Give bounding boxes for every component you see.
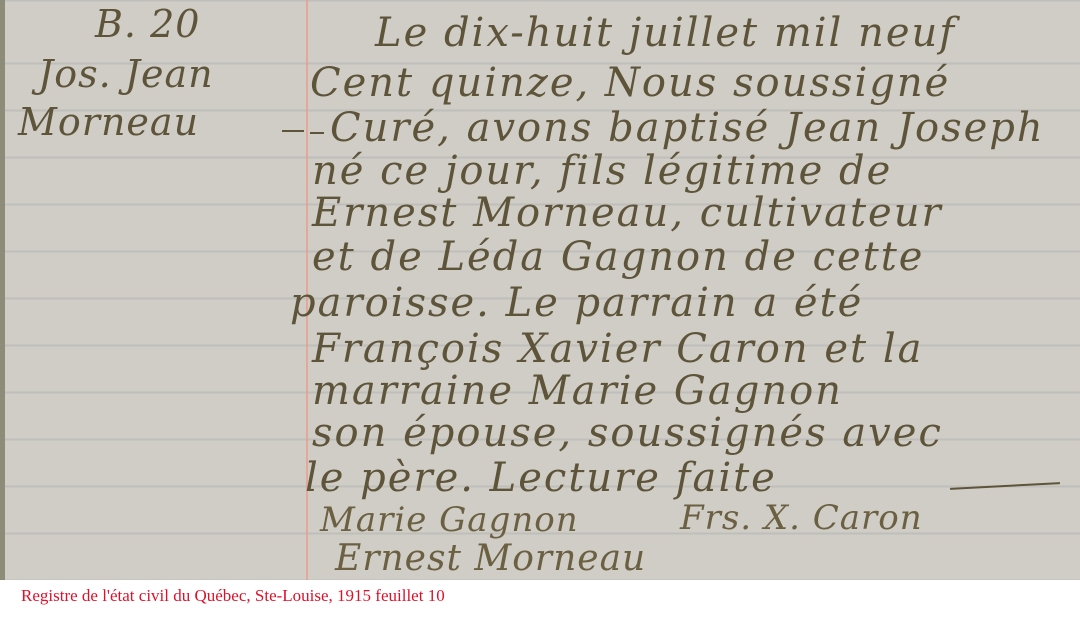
page-binding-edge	[0, 0, 5, 580]
margin-given-names: Jos. Jean	[38, 52, 214, 96]
body-line-8: François Xavier Caron et la	[312, 326, 923, 372]
signature-godfather: Frs. X. Caron	[680, 498, 923, 538]
margin-connector-dash	[282, 130, 304, 132]
body-line-3: Curé, avons baptisé Jean Joseph	[330, 105, 1045, 151]
signature-father: Ernest Morneau	[335, 538, 646, 579]
body-line-1: Le dix-huit juillet mil neuf	[375, 10, 956, 56]
body-connector-dash	[310, 132, 324, 134]
image-caption: Registre de l'état civil du Québec, Ste-…	[21, 586, 445, 606]
body-line-4: né ce jour, fils légitime de	[312, 148, 892, 194]
body-line-9: marraine Marie Gagnon	[312, 368, 843, 414]
body-line-7: paroisse. Le parrain a été	[290, 280, 863, 326]
register-page-scan: B. 20 Jos. Jean Morneau Le dix-huit juil…	[0, 0, 1080, 580]
body-line-5: Ernest Morneau, cultivateur	[312, 190, 943, 236]
body-line-2: Cent quinze, Nous soussigné	[310, 60, 950, 106]
body-line-10: son épouse, soussignés avec	[312, 410, 943, 456]
closing-flourish	[950, 482, 1060, 490]
body-line-11: le père. Lecture faite	[305, 455, 777, 501]
signature-godmother: Marie Gagnon	[320, 500, 579, 540]
body-line-6: et de Léda Gagnon de cette	[312, 234, 924, 280]
margin-surname: Morneau	[18, 100, 199, 144]
margin-entry-number: B. 20	[95, 2, 200, 46]
